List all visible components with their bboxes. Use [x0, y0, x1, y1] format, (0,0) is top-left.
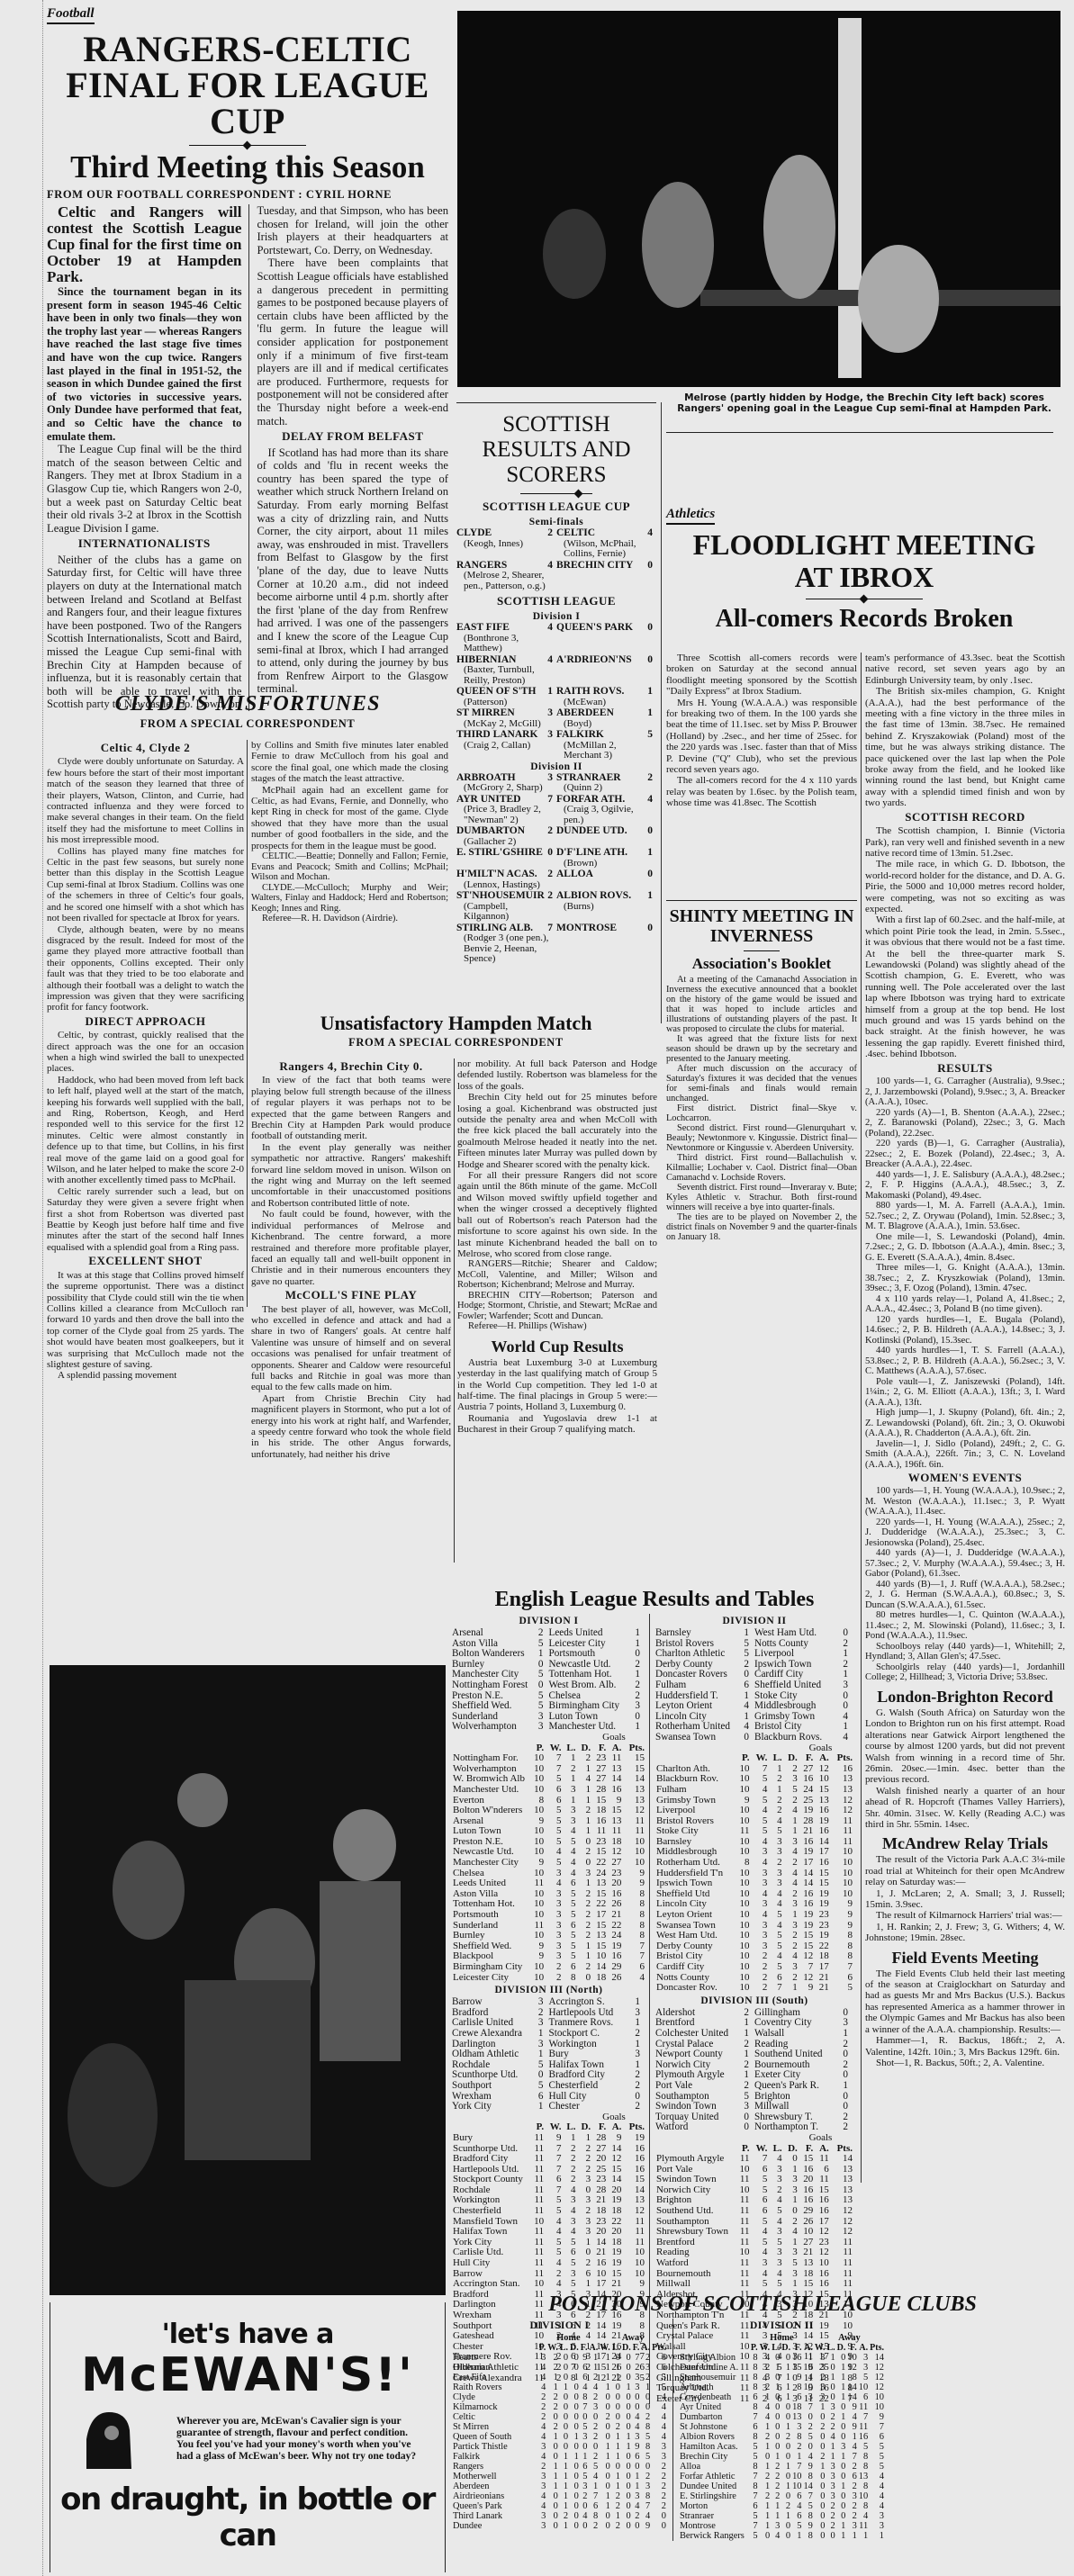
away-team: Millwall — [754, 2102, 790, 2112]
stat-cell: 10 — [529, 1910, 545, 1921]
result-line: 120 yards hurdles—1, E. Bugala (Poland),… — [865, 1315, 1065, 1347]
stat-cell: 1 — [826, 2373, 835, 2382]
team-name: Hearts — [452, 2353, 538, 2363]
stat-cell: 11 — [858, 2402, 869, 2412]
away-scorers: (McEwan) — [556, 698, 653, 708]
stat-cell: 10 — [858, 2382, 869, 2392]
stat-cell: 0 — [814, 2481, 826, 2491]
stat-cell: 3 — [771, 2521, 781, 2531]
mcandrew-headline: McAndrew Relay Trials — [865, 1835, 1065, 1851]
stat-cell: 0 — [546, 2501, 559, 2511]
home-score: 0 — [547, 847, 553, 859]
paragraph: Celtic, by contrast, quickly realised th… — [47, 1030, 244, 1075]
away-team: ABERDEEN — [556, 707, 614, 719]
stat-cell: 10 — [802, 2382, 813, 2392]
subheading-excellent-shot: EXCELLENT SHOT — [47, 1256, 244, 1266]
away-score: 0 — [647, 825, 653, 837]
stat-cell: 16 — [622, 2154, 645, 2165]
stat-cell: 24 — [799, 1785, 815, 1796]
team-name: Plymouth Argyle — [655, 2154, 735, 2165]
stat-cell: 1 — [559, 2491, 569, 2501]
stat-cell: 3 — [858, 2363, 869, 2373]
stat-cell: 1 — [611, 2481, 621, 2491]
stat-cell: 2 — [559, 2511, 569, 2521]
stat-cell: 4 — [563, 1858, 577, 1869]
fixture-row: Leyton Orient4Middlesbrough0 — [655, 1701, 853, 1712]
stat-cell: 1 — [569, 2373, 580, 2382]
referee: Referee—H. Phillips (Wishaw) — [457, 1321, 657, 1332]
stat-cell: 10 — [869, 2402, 885, 2412]
column-header: F. — [799, 1753, 815, 1764]
stat-cell: 5 — [750, 2531, 759, 2541]
section-tag-football: Football — [47, 6, 95, 24]
result-row: H'MILT'N ACAS.2(Lennox, Hastings)ALLOA0 — [456, 869, 656, 890]
result-row: HIBERNIAN4(Baxter, Turnbull, Reilly, Pre… — [456, 654, 656, 687]
stat-cell: 5 — [640, 2452, 651, 2462]
stat-cell: 1 — [781, 2392, 791, 2402]
team-name: Bury — [452, 2133, 529, 2144]
stat-cell: 0 — [814, 2412, 826, 2422]
team-name: Rangers — [452, 2462, 538, 2472]
home-team: Fulham — [655, 1680, 686, 1691]
team-name: Morton — [679, 2501, 750, 2511]
stat-cell: 0 — [588, 2412, 599, 2422]
home-scorers: (Patterson) — [456, 698, 553, 708]
mcewans-advert: 'let's have a McEWAN'S!' Wherever you ar… — [50, 2302, 446, 2572]
stat-cell: 2 — [588, 2521, 599, 2531]
home-scorers: (Gallacher 2) — [456, 837, 553, 848]
stat-cell: 4 — [759, 2412, 772, 2422]
stat-cell: 4 — [588, 2382, 599, 2392]
column-header: A. — [814, 1753, 830, 1764]
stat-cell: 8 — [750, 2462, 759, 2472]
stat-cell: 16 — [791, 2353, 802, 2363]
stat-cell: 7 — [545, 2154, 562, 2165]
stat-cell: 0 — [836, 2491, 847, 2501]
away-team: Chester — [549, 2102, 580, 2112]
result-row: ST'NHOUSEMUIR2(Campbell, Kilgannon)ALBIO… — [456, 890, 656, 923]
stat-cell: 1 — [826, 2442, 835, 2452]
match-score: Rangers 4, Brechin City 0. — [251, 1061, 451, 1072]
result-row: ST MIRREN3(McKay 2, McGill)ABERDEEN1(Boy… — [456, 707, 656, 729]
home-score: 0 — [538, 1680, 544, 1691]
stat-cell: 1 — [759, 2481, 772, 2491]
team-name: Celtic — [452, 2412, 538, 2422]
column-header: D. — [781, 2343, 791, 2353]
stat-cell: 0 — [621, 2412, 632, 2422]
stat-cell: 5 — [563, 2258, 577, 2269]
stat-cell: 6 — [580, 2462, 589, 2472]
home-score: 5 — [538, 1701, 544, 1712]
stat-cell: 0 — [836, 2472, 847, 2481]
stat-cell: 18 — [791, 2402, 802, 2412]
stat-cell: 2 — [814, 2373, 826, 2382]
home-team: Swindon Town — [655, 2102, 717, 2112]
stat-cell: 0 — [621, 2373, 632, 2382]
home-score: 1 — [547, 686, 553, 698]
stat-cell: 0 — [559, 2392, 569, 2402]
stat-cell: 4 — [640, 2511, 651, 2521]
advert-brand: McEWAN'S!' — [50, 2350, 445, 2400]
table-row: Stranraer511168020243 — [679, 2511, 885, 2521]
stat-cell: 3 — [826, 2472, 835, 2481]
stat-cell: 2 — [576, 2206, 591, 2217]
column-header: D. — [783, 1753, 799, 1764]
stat-cell: 7 — [750, 2491, 759, 2501]
table-row: Morton611245020284 — [679, 2501, 885, 2511]
stat-cell: 0 — [546, 2412, 559, 2422]
stat-cell: 0 — [836, 2422, 847, 2432]
table-row: Stirling Albion840016131010314 — [679, 2353, 885, 2363]
clyde-byline: FROM A SPECIAL CORRESPONDENT — [47, 717, 448, 731]
stat-cell: 23 — [591, 1753, 607, 1764]
stat-cell: 0 — [771, 2442, 781, 2452]
stat-cell: 1 — [791, 2452, 802, 2462]
stat-cell: 8 — [750, 2373, 759, 2382]
stat-cell: 1 — [836, 2521, 847, 2531]
stat-cell: 26 — [607, 1973, 622, 1984]
column-header: Pts. — [869, 2343, 885, 2353]
stat-cell: 4 — [751, 1910, 769, 1921]
stat-cell: 1 — [791, 2531, 802, 2541]
table-row: Bradford City11722201216 — [452, 2154, 645, 2165]
stat-cell: 0 — [569, 2382, 580, 2392]
fixture-row: Southport5Chesterfield2 — [452, 2081, 645, 2092]
home-scorers: (Craig 2, Callan) — [456, 741, 553, 752]
stat-cell: 16 — [814, 1858, 830, 1869]
stat-cell: 0 — [611, 2353, 621, 2363]
stat-cell: 13 — [830, 1785, 853, 1796]
stat-cell: 3 — [632, 2382, 641, 2392]
table-row: Ayr United840018713091110 — [679, 2402, 885, 2412]
away-team: MONTROSE — [556, 923, 617, 934]
stat-cell: 1 — [611, 2373, 621, 2382]
home-scorers: (Lennox, Hastings) — [456, 880, 553, 891]
results-subheading: Semi-finals — [456, 517, 656, 527]
stat-cell: 15 — [799, 2154, 815, 2165]
stat-cell: 0 — [781, 2521, 791, 2531]
division-heading: DIVISION II — [679, 2320, 885, 2331]
home-team: Barnsley — [655, 1628, 691, 1639]
away-team: QUEEN'S PARK — [556, 622, 633, 634]
stat-cell: 2 — [588, 2392, 599, 2402]
stat-cell: 5 — [545, 1806, 562, 1816]
home-score: 2 — [547, 869, 553, 880]
stat-cell: 0 — [632, 2521, 641, 2531]
paragraph: Walsh finished nearly a quarter of an ho… — [865, 1786, 1065, 1831]
stat-cell: 1 — [759, 2521, 772, 2531]
stat-cell: 1 — [611, 2432, 621, 2442]
team-name: Queen's Park — [452, 2501, 538, 2511]
team-name: Hamilton Acas. — [679, 2442, 750, 2452]
stat-cell: 19 — [799, 1910, 815, 1921]
division-heading: DIVISION III (North) — [452, 1985, 645, 1995]
table-row: Plymouth Argyle11740151114 — [655, 2154, 853, 2165]
advert-footer: on draught, in bottle or can — [50, 2481, 445, 2553]
results-heading: SCOTTISH LEAGUE CUP — [456, 500, 656, 514]
subheading-scottish-record: SCOTTISH RECORD — [865, 812, 1065, 823]
away-score: 0 — [647, 622, 653, 634]
team-name: Partick Thistle — [452, 2442, 538, 2452]
stat-cell: 3 — [545, 1910, 562, 1921]
stat-cell: 2 — [545, 1962, 562, 1973]
result-row: EAST FIFE4(Bonthrone 3, Matthew)QUEEN'S … — [456, 622, 656, 654]
column-header: A. — [802, 2343, 813, 2353]
team-name: Manchester City — [452, 1858, 529, 1869]
scottish-positions: POSITIONS OF SCOTTISH LEAGUE CLUBS DIVIS… — [452, 2293, 1073, 2541]
photo-figures-icon — [50, 1665, 446, 2295]
table-row: Rotherham Utd.8422171610 — [655, 1858, 853, 1869]
stat-cell: 3 — [751, 2258, 769, 2269]
positions-title: POSITIONS OF SCOTTISH LEAGUE CLUBS — [452, 2293, 1073, 2315]
table-row: St Mirren420052020484 — [452, 2422, 667, 2432]
stat-cell: 0 — [814, 2472, 826, 2481]
stat-cell: 0 — [814, 2511, 826, 2521]
away-team: ALBION ROVS. — [556, 890, 631, 902]
stat-cell: 3 — [538, 2481, 547, 2491]
column-header: D. — [836, 2343, 847, 2353]
stat-cell: 0 — [836, 2462, 847, 2472]
stat-cell: 0 — [640, 2462, 651, 2472]
stat-cell: 7 — [545, 1753, 562, 1764]
stat-cell: 0 — [611, 2412, 621, 2422]
paragraph: 1, H. Rankin; 2, J. Frew; 3, G. Withers;… — [865, 1922, 1065, 1944]
stat-cell: 2 — [538, 2462, 547, 2472]
stat-cell: 5 — [545, 1858, 562, 1869]
athletics-subhead: All-comers Records Broken — [666, 607, 1062, 632]
stat-cell: 1 — [576, 1785, 591, 1796]
away-score: 1 — [843, 2081, 848, 2092]
stat-cell: 10 — [622, 1858, 645, 1869]
stat-cell: 1 — [781, 2363, 791, 2373]
world-cup-headline: World Cup Results — [457, 1338, 657, 1355]
stat-cell: 14 — [591, 1962, 607, 1973]
away-scorers: (Burns) — [556, 902, 653, 913]
stat-cell: 8 — [580, 2392, 589, 2402]
stat-cell: 3 — [826, 2491, 835, 2501]
stat-cell: 4 — [538, 2373, 547, 2382]
stat-cell: 1 — [759, 2501, 772, 2511]
stat-cell: 4 — [651, 2402, 667, 2412]
stat-cell: 0 — [826, 2531, 835, 2541]
stat-cell: 1 — [599, 2353, 611, 2363]
stat-cell: 4 — [869, 2501, 885, 2511]
stat-cell: 3 — [869, 2511, 885, 2521]
stat-cell: 0 — [781, 2531, 791, 2541]
table-row: Portsmouth1035217218 — [452, 1910, 645, 1921]
stat-cell: 0 — [836, 2402, 847, 2412]
stat-cell: 2 — [771, 2462, 781, 2472]
stat-cell: 1 — [771, 2363, 781, 2373]
advert-tagline: 'let's have a — [50, 2319, 445, 2350]
away-score: 5 — [647, 729, 653, 741]
stat-cell: 4 — [588, 2472, 599, 2481]
away-scorers: (Brown) — [556, 859, 653, 869]
table-row: Leicester City1028018264 — [452, 1973, 645, 1984]
table-row: Third Lanark302048010240 — [452, 2511, 667, 2521]
stat-cell: 2 — [826, 2511, 835, 2521]
athletics-col1: Three Scottish all-comers records were b… — [666, 653, 857, 809]
team-name: Southend Utd. — [655, 2206, 735, 2217]
stat-cell: 9 — [802, 2363, 813, 2373]
away-score: 4 — [647, 794, 653, 806]
stat-cell: 0 — [569, 2521, 580, 2531]
stat-cell: 2 — [751, 1983, 769, 1994]
home-label: Home — [750, 2333, 814, 2343]
field-events-headline: Field Events Meeting — [865, 1950, 1065, 1966]
stat-cell: 7 — [750, 2412, 759, 2422]
stat-cell: 2 — [771, 2472, 781, 2481]
stat-cell: 10 — [830, 1858, 853, 1869]
stat-cell: 5 — [563, 1910, 577, 1921]
stat-cell: 2 — [576, 1962, 591, 1973]
main-byline: FROM OUR FOOTBALL CORRESPONDENT : CYRIL … — [47, 188, 448, 202]
home-team: York City — [452, 2102, 492, 2112]
stat-cell: 8 — [622, 1910, 645, 1921]
away-team: Stockport C. — [549, 2029, 600, 2040]
home-scorers: (Rodger 3 (one pen.), Benvie 2, Heenan, … — [456, 933, 553, 965]
result-line: Three miles—1, G. Knight (A.A.A.), 13min… — [865, 1263, 1065, 1294]
stat-cell: 0 — [599, 2432, 611, 2442]
stat-cell: 1 — [836, 2412, 847, 2422]
team-name: Stranraer — [679, 2511, 750, 2521]
team-name: Forfar Athletic — [679, 2472, 750, 2481]
team-name: Third Lanark — [452, 2511, 538, 2521]
stat-cell: 11 — [814, 2154, 830, 2165]
stat-cell: 2 — [538, 2392, 547, 2402]
lineup-brechin: BRECHIN CITY—Robertson; Paterson and Hod… — [457, 1291, 657, 1322]
stat-cell: 2 — [846, 2501, 857, 2511]
away-team: West Ham Utd. — [754, 1628, 817, 1639]
column-header: L. — [768, 1753, 782, 1764]
stat-cell: 4 — [538, 2363, 547, 2373]
stat-cell: 6 — [588, 2501, 599, 2511]
stat-cell: 8 — [846, 2373, 857, 2382]
paragraph: Second district. First round—Glenurquhar… — [666, 1123, 857, 1153]
stat-cell: 21 — [814, 1983, 830, 1994]
fixture-row: Crewe Alexandra1Stockport C.2 — [452, 2029, 645, 2040]
team-name: Portsmouth — [452, 1910, 529, 1921]
english-right-col: DIVISION IIBarnsley1West Ham Utd.0Bristo… — [650, 1614, 853, 2404]
away-score: 0 — [647, 654, 653, 666]
english-left-col: DIVISION IArsenal2Leeds United1Aston Vil… — [452, 1614, 649, 2404]
stat-cell: 9 — [632, 2442, 641, 2452]
home-scorers: (Bonthrone 3, Matthew) — [456, 634, 553, 654]
stat-cell: 10 — [529, 1973, 545, 1984]
positions-div2: DIVISION IIHomeAwayP.W.L.D.F.A.W.L.D.F.A… — [673, 2319, 885, 2541]
stat-cell: 0 — [546, 2452, 559, 2462]
stat-cell: 0 — [781, 2452, 791, 2462]
stat-cell: 1 — [826, 2452, 835, 2462]
stat-cell: 3 — [651, 2452, 667, 2462]
paragraph: At a meeting of the Camanachd Associatio… — [666, 975, 857, 1034]
goals-label: Goals — [529, 1733, 645, 1743]
stat-cell: 18 — [591, 2206, 607, 2217]
team-name: Dunfermline A. — [679, 2363, 750, 2373]
referee: Referee—R. H. Davidson (Airdrie). — [251, 914, 448, 924]
stat-cell: 19 — [607, 2258, 622, 2269]
stat-cell: 6 — [632, 2452, 641, 2462]
table-row: Manchester City9540222710 — [452, 1858, 645, 1869]
stat-cell: 4 — [563, 2206, 577, 2217]
stat-cell: 0 — [559, 2402, 569, 2412]
stat-cell: 3 — [836, 2442, 847, 2452]
stat-cell: 3 — [814, 2392, 826, 2402]
stat-cell: 1 — [559, 2382, 569, 2392]
stat-cell: 1 — [569, 2452, 580, 2462]
shinty-body: At a meeting of the Camanachd Associatio… — [666, 975, 857, 1242]
paragraph: Clyde, although beaten, were by no means… — [47, 924, 244, 1013]
home-team: Crewe Alexandra — [452, 2029, 522, 2040]
paragraph: Seventh district. First round—Inveraray … — [666, 1183, 857, 1212]
stat-cell: 0 — [599, 2392, 611, 2402]
stat-cell: 7 — [802, 2491, 813, 2501]
away-team: CELTIC — [556, 527, 595, 539]
result-line: 220 yards (B)—1, G. Carragher (Australia… — [865, 1139, 1065, 1170]
stat-cell: 3 — [814, 2382, 826, 2392]
home-score: 0 — [744, 1733, 749, 1743]
subheading-delay-belfast: DELAY FROM BELFAST — [257, 430, 448, 444]
paragraph: The League Cup final will be the third m… — [47, 443, 241, 535]
away-team: Leeds United — [549, 1628, 603, 1639]
team-name: Albion Rovers — [679, 2432, 750, 2442]
stat-cell: 9 — [580, 2353, 589, 2363]
stat-cell: 2 — [826, 2501, 835, 2511]
rule — [666, 432, 1053, 433]
stat-cell: 0 — [569, 2481, 580, 2491]
stat-cell: 0 — [621, 2452, 632, 2462]
stat-cell: 2 — [632, 2511, 641, 2521]
stat-cell: 0 — [621, 2422, 632, 2432]
stat-cell: 1 — [759, 2442, 772, 2452]
stat-cell: 3 — [814, 2353, 826, 2363]
stat-cell: 3 — [651, 2442, 667, 2452]
away-score: 1 — [635, 1628, 640, 1639]
stat-cell: 4 — [802, 2373, 813, 2382]
team-name: Bradford City — [452, 2154, 529, 2165]
paragraph: Celtic rarely surrender such a lead, but… — [47, 1186, 244, 1253]
team-name: Brechin City — [679, 2452, 750, 2462]
paragraph: 1, J. McLaren; 2, A. Small; 3, J. Russel… — [865, 1888, 1065, 1911]
paragraph: With a first lap of 60.2sec. and the hal… — [865, 914, 1065, 1059]
division-heading: DIVISION III (South) — [655, 1995, 853, 2006]
main-article: Football RANGERS-CELTIC FINAL FOR LEAGUE… — [47, 4, 448, 711]
fixture-row: York City1Chester2 — [452, 2102, 645, 2112]
result-row: AYR UNITED7(Price 3, Bradley 2, "Newman"… — [456, 794, 656, 826]
stat-cell: 0 — [599, 2472, 611, 2481]
stat-cell: 0 — [569, 2422, 580, 2432]
main-col2: Tuesday, and that Simpson, who has been … — [257, 204, 448, 711]
ornament — [520, 493, 592, 494]
team-name: Leyton Orient — [655, 1910, 735, 1921]
away-score: 0 — [843, 1628, 848, 1639]
home-team: Wolverhampton — [452, 1722, 517, 1733]
home-score: 2 — [538, 1628, 544, 1639]
stat-cell: 4 — [538, 2491, 547, 2501]
stat-cell: 6 — [563, 1962, 577, 1973]
advert-body: Wherever you are, McEwan's Cavalier sign… — [176, 2416, 420, 2463]
table-row: Leyton Orient1045119239 — [655, 1910, 853, 1921]
paragraph: It was agreed that the fixture lists for… — [666, 1034, 857, 1064]
stat-cell: 4 — [826, 2432, 835, 2442]
stat-cell: 0 — [599, 2521, 611, 2531]
stat-cell: 0 — [771, 2353, 781, 2363]
stat-cell: 14 — [802, 2481, 813, 2491]
away-label: Away — [599, 2333, 667, 2343]
stat-cell: 4 — [538, 2452, 547, 2462]
stat-cell: 10 — [735, 1785, 751, 1796]
stat-cell: 0 — [781, 2353, 791, 2363]
